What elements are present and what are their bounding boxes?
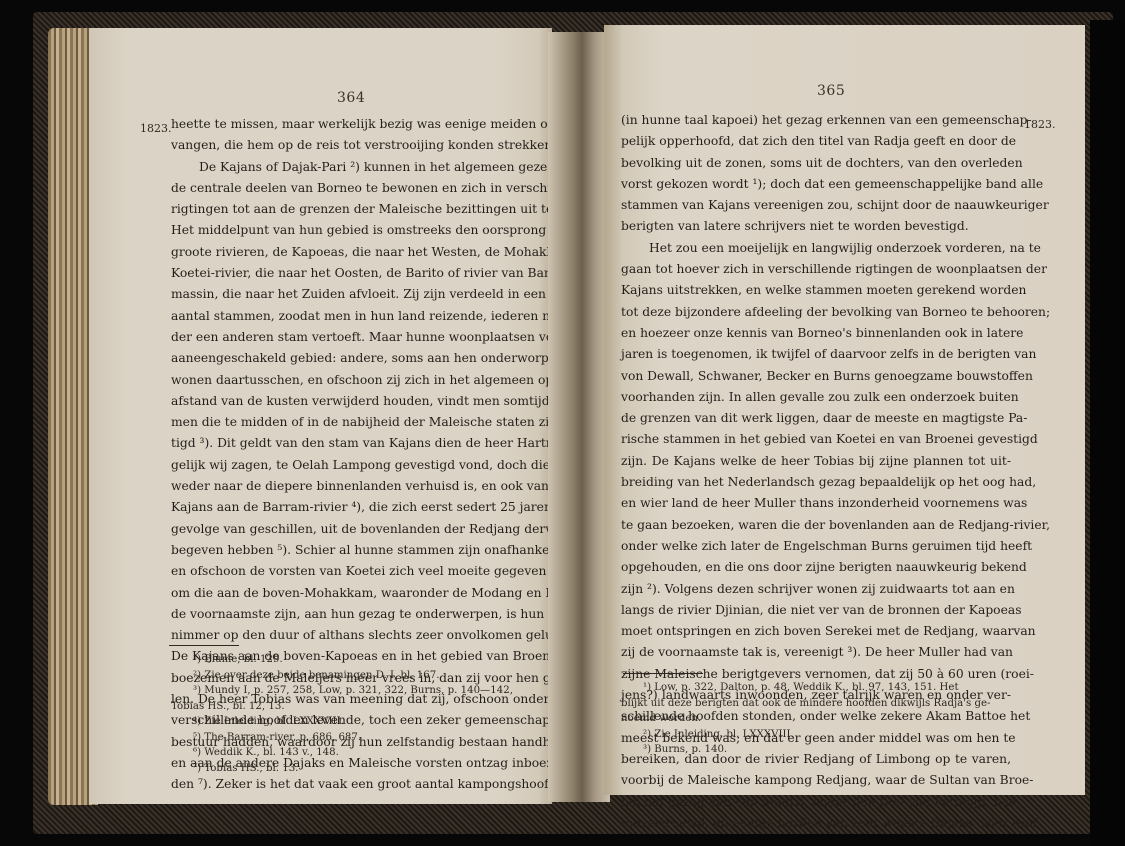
page-number: 365 [817,83,845,99]
text-line: weder naar de diepere binnenlanden verhu… [171,476,524,497]
footnotes: ¹) Low, p. 322, Dalton, p. 48, Weddik K.… [621,680,1011,758]
page-number: 364 [337,90,365,106]
text-line: breiding van het Nederlandsch gezag bepa… [621,472,1011,493]
footnote: blijkt uit deze berigten dat ook de mind… [621,696,1011,712]
text-line: tigd ³). Dit geldt van den stam van Kaja… [171,433,524,454]
text-line: bevolking uit de zonen, soms uit de doch… [621,153,1011,174]
text-line: pelijk opperhoofd, dat zich den titel va… [621,131,1011,152]
footnote: ³) Mundy I, p. 257, 258, Low, p. 321, 32… [171,683,526,699]
text-line: onder welke zich later de Engelschman Bu… [621,536,1011,557]
footnote: ²) Zie over deze beide benamingen D. I, … [171,668,526,684]
text-line: De Kajans of Dajak-Pari ²) kunnen in het… [171,157,524,178]
text-line: Kajans uitstrekken, en welke stammen moe… [621,280,1011,301]
text-line: stammen van Kajans vereenigen zou, schij… [621,195,1011,216]
text-line: voorhanden zijn. In allen gevalle zou zu… [621,387,1011,408]
text-line: Koetei-rivier, die naar het Oosten, de B… [171,263,524,284]
footnote: ⁷) Tobias HS., bl. 13. [171,761,526,777]
footnotes: ¹) Blume, bl. 129.²) Zie over deze beide… [171,652,526,776]
text-line: de grenzen van dit werk liggen, daar de … [621,408,1011,429]
text-line: om die aan de boven-Mohakkam, waaronder … [171,583,524,604]
margin-year: 1823. [140,122,172,135]
text-line: en hoezeer onze kennis van Borneo's binn… [621,323,1011,344]
text-line: vorst gekozen wordt ¹); doch dat een gem… [621,174,1011,195]
text-line: moet ontspringen en zich boven Serekei m… [621,621,1011,642]
text-line: gevolge van geschillen, uit de bovenland… [171,519,524,540]
footnote-rule [169,645,239,646]
footnote: ⁵) The Barram-river, p. 686, 687. [171,730,526,746]
footnote: ³) Burns, p. 140. [621,742,1011,758]
text-line: aantal stammen, zoodat men in hun land r… [171,306,524,327]
text-line: aaneengeschakeld gebied: andere, soms aa… [171,348,524,369]
text-line: voorbij de Maleische kampong Redjang, wa… [621,770,1011,791]
footnote: noemd worden. [621,711,1011,727]
text-line: heette te missen, maar werkelijk bezig w… [171,114,524,135]
text-line: vangen, die hem op de reis tot verstrooi… [171,135,524,156]
text-line: massin, die naar het Zuiden afvloeit. Zi… [171,284,524,305]
text-line: en wier land de heer Muller thans inzond… [621,493,1011,514]
footnote: Tobias HS., bl. 12, 13. [171,699,526,715]
text-line: gelijk wij zagen, te Oelah Lampong geves… [171,455,524,476]
text-line: (in hunne taal kapoei) het gezag erkenne… [621,110,1011,131]
text-line: zijn ²). Volgens dezen schrijver wonen z… [621,579,1011,600]
text-line: nei het gezag aan een Mantri, onder den … [621,792,1011,813]
text-line: rische stammen in het gebied van Koetei … [621,429,1011,450]
text-line: de centrale deelen van Borneo te bewonen… [171,178,524,199]
background-shadow [1090,20,1125,846]
text-line: langs de rivier Djinian, die niet ver va… [621,600,1011,621]
footnote: ²) Zie Inleiding, bl. LXXXVIII. [621,727,1011,743]
text-line: gaan tot hoever zich in verschillende ri… [621,259,1011,280]
text-line: opgehouden, en die ons door zijne berigt… [621,557,1011,578]
text-line: der een anderen stam vertoeft. Maar hunn… [171,327,524,348]
text-line: rigtingen tot aan de grenzen der Maleisc… [171,199,524,220]
footnote: ⁶) Weddik K., bl. 143 v., 148. [171,745,526,761]
text-line: Het middelpunt van hun gebied is omstree… [171,220,524,241]
text-line: wonen daartusschen, en ofschoon zij zich… [171,370,524,391]
text-line: men die te midden of in de nabijheid der… [171,412,524,433]
text-line: afstand van de kusten verwijderd houden,… [171,391,524,412]
text-line: zijn. De Kajans welke de heer Tobias bij… [621,451,1011,472]
text-line: berigten van latere schrijvers niet te w… [621,216,1011,237]
text-line: Kajans aan de Barram-rivier ⁴), die zich… [171,497,524,518]
text-line: zij de voornaamste tak is, vereenigt ³).… [621,642,1011,663]
text-line: von Dewall, Schwaner, Becker en Burns ge… [621,366,1011,387]
text-line: tot deze bijzondere afdeeling der bevolk… [621,302,1011,323]
right-page: 365 1823. (in hunne taal kapoei) het gez… [604,25,1085,795]
text-line: jaren is toegenomen, ik twijfel of daarv… [621,344,1011,365]
text-line: toevertrouwd, en eenige horden van zeer … [621,813,1011,834]
book-spine-gutter [548,32,610,802]
footnote: ¹) Low, p. 322, Dalton, p. 48, Weddik K.… [621,680,1011,696]
text-line: begeven hebben ⁵). Schier al hunne stamm… [171,540,524,561]
text-line: en ofschoon de vorsten van Koetei zich v… [171,561,524,582]
text-line: groote rivieren, de Kapoeas, die naar he… [171,242,524,263]
text-line: Het zou een moeijelijk en langwijlig ond… [621,238,1011,259]
left-page: 364 1823. heette te missen, maar werkeli… [89,28,552,804]
text-line: den ⁷). Zeker is het dat vaak een groot … [171,774,524,795]
footnote: ⁴) Zie Inleiding, bl. LXXXVIII. [171,714,526,730]
footnote: ¹) Blume, bl. 129. [171,652,526,668]
text-line: nimmer op den duur of althans slechts ze… [171,625,524,646]
text-line: te gaan bezoeken, waren die der bovenlan… [621,515,1011,536]
text-line: de voornaamste zijn, aan hun gezag te on… [171,604,524,625]
footnote-rule [623,673,703,674]
